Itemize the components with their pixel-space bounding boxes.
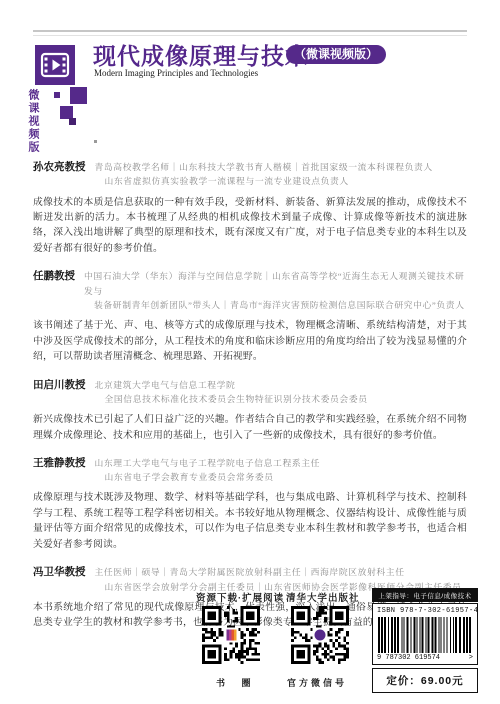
resources-heading: 资源下载·扩展阅读 <box>196 590 284 604</box>
credential-line: 山东省虚拟仿真实验教学一流课程与一流专业建设点负责人 <box>105 176 349 186</box>
book-title: 现代成像原理与技术 <box>93 38 309 71</box>
book-back-cover: 微课视频版 现代成像原理与技术 Modern Imaging Principle… <box>0 0 500 704</box>
price-label: 定价：69.00元 <box>372 668 478 693</box>
expert-name: 孙农亮教授 <box>33 160 86 175</box>
credential-line: 装备研制青年创新团队”带头人｜青岛市“海洋灾害预防检测信息国际联合研究中心”负责… <box>94 300 465 310</box>
expert-credentials: 山东理工大学电气与电子工程学院电子信息工程系主任 山东省电子学会教育专业委员会常… <box>95 456 321 485</box>
edition-badge: （微课视频版） <box>286 45 386 64</box>
qr-label-wechat: 官方微信号 <box>287 676 347 689</box>
film-play-icon <box>35 72 75 89</box>
credential-line: 主任医师｜硕导｜青岛大学附属医院放射科副主任｜西海岸院区放射科主任 <box>95 567 405 577</box>
pixel-dot <box>94 140 97 143</box>
expert-review: 成像技术的本质是信息获取的一种有效手段，受新材料、新装备、新算法发展的推动，成像… <box>33 195 467 257</box>
pixel-square-dark <box>69 118 76 125</box>
expert-header: 田启川教授 北京建筑大学电气与信息工程学院 全国信息技术标准化技术委员会生物特征… <box>33 378 467 407</box>
expert-credentials: 青岛高校教学名师｜山东科技大学教书育人楷模｜首批国家级一流本科课程负责人 山东省… <box>95 160 433 189</box>
pixel-square-small <box>54 92 60 98</box>
expert-header: 任鹏教授 中国石油大学（华东）海洋与空间信息学院｜山东省高等学校“近海生态无人观… <box>33 269 467 312</box>
isbn-box: ISBN 978-7-302-61957-4 9 787302 619574 > <box>372 603 478 665</box>
expert-review: 该书阐述了基于光、声、电、核等方式的成像原理与技术，物理概念清晰、系统结构清楚，… <box>33 318 467 364</box>
expert-name: 田启川教授 <box>33 378 86 393</box>
pixel-square-large <box>70 87 87 104</box>
endorsements-section: 孙农亮教授 青岛高校教学名师｜山东科技大学教书育人楷模｜首批国家级一流本科课程负… <box>33 160 467 633</box>
book-logo-icon <box>224 628 239 643</box>
credential-line: 青岛高校教学名师｜山东科技大学教书育人楷模｜首批国家级一流本科课程负责人 <box>95 162 433 172</box>
credential-line: 中国石油大学（华东）海洋与空间信息学院｜山东省高等学校“近海生态无人观测关键技术… <box>84 271 464 295</box>
book-subtitle-english: Modern Imaging Principles and Technologi… <box>94 68 258 78</box>
qr-code-wechat <box>291 606 349 664</box>
barcode-block: 上架指导：电子信息/成像技术 ISBN 978-7-302-61957-4 9 … <box>372 588 478 693</box>
expert-credentials: 中国石油大学（华东）海洋与空间信息学院｜山东省高等学校“近海生态无人观测关键技术… <box>84 269 467 312</box>
expert-header: 王雅静教授 山东理工大学电气与电子工程学院电子信息工程系主任 山东省电子学会教育… <box>33 456 467 485</box>
expert-header: 孙农亮教授 青岛高校教学名师｜山东科技大学教书育人楷模｜首批国家级一流本科课程负… <box>33 160 467 189</box>
credential-line: 山东理工大学电气与电子工程学院电子信息工程系主任 <box>95 458 321 468</box>
ean-barcode <box>377 617 473 653</box>
expert-credentials: 北京建筑大学电气与信息工程学院 全国信息技术标准化技术委员会生物特征识别分技术委… <box>95 378 368 407</box>
expert-name: 冯卫华教授 <box>33 565 86 580</box>
qr-label-book-circle: 书 圈 <box>216 676 258 689</box>
qr-code-book-circle <box>202 606 260 664</box>
video-course-logo <box>35 45 75 85</box>
vertical-edition-text: 微课视频版 <box>27 89 41 154</box>
shelf-guide-label: 上架指导：电子信息/成像技术 <box>372 588 478 602</box>
credential-line: 北京建筑大学电气与信息工程学院 <box>95 380 236 390</box>
publisher-logo-icon <box>313 628 328 643</box>
credential-line: 山东省电子学会教育专业委员会常务委员 <box>105 472 274 482</box>
top-divider <box>33 30 467 36</box>
expert-review: 成像原理与技术既涉及物理、数学、材料等基础学科，也与集成电路、计算机科学与技术、… <box>33 490 467 552</box>
barcode-number: 9 787302 619574 <box>377 654 440 662</box>
barcode-arrow: > <box>469 654 473 662</box>
expert-name: 任鹏教授 <box>33 269 75 284</box>
isbn-number: ISBN 978-7-302-61957-4 <box>377 607 473 615</box>
expert-review: 新兴成像技术已引起了人们日益广泛的兴趣。作者结合自己的教学和实践经验，在系统介绍… <box>33 412 467 443</box>
expert-name: 王雅静教授 <box>33 456 86 471</box>
barcode-digits: 9 787302 619574 > <box>377 654 473 662</box>
credential-line: 全国信息技术标准化技术委员会生物特征识别分技术委员会委员 <box>105 394 368 404</box>
publisher-name: 清华大学出版社 <box>286 590 360 604</box>
